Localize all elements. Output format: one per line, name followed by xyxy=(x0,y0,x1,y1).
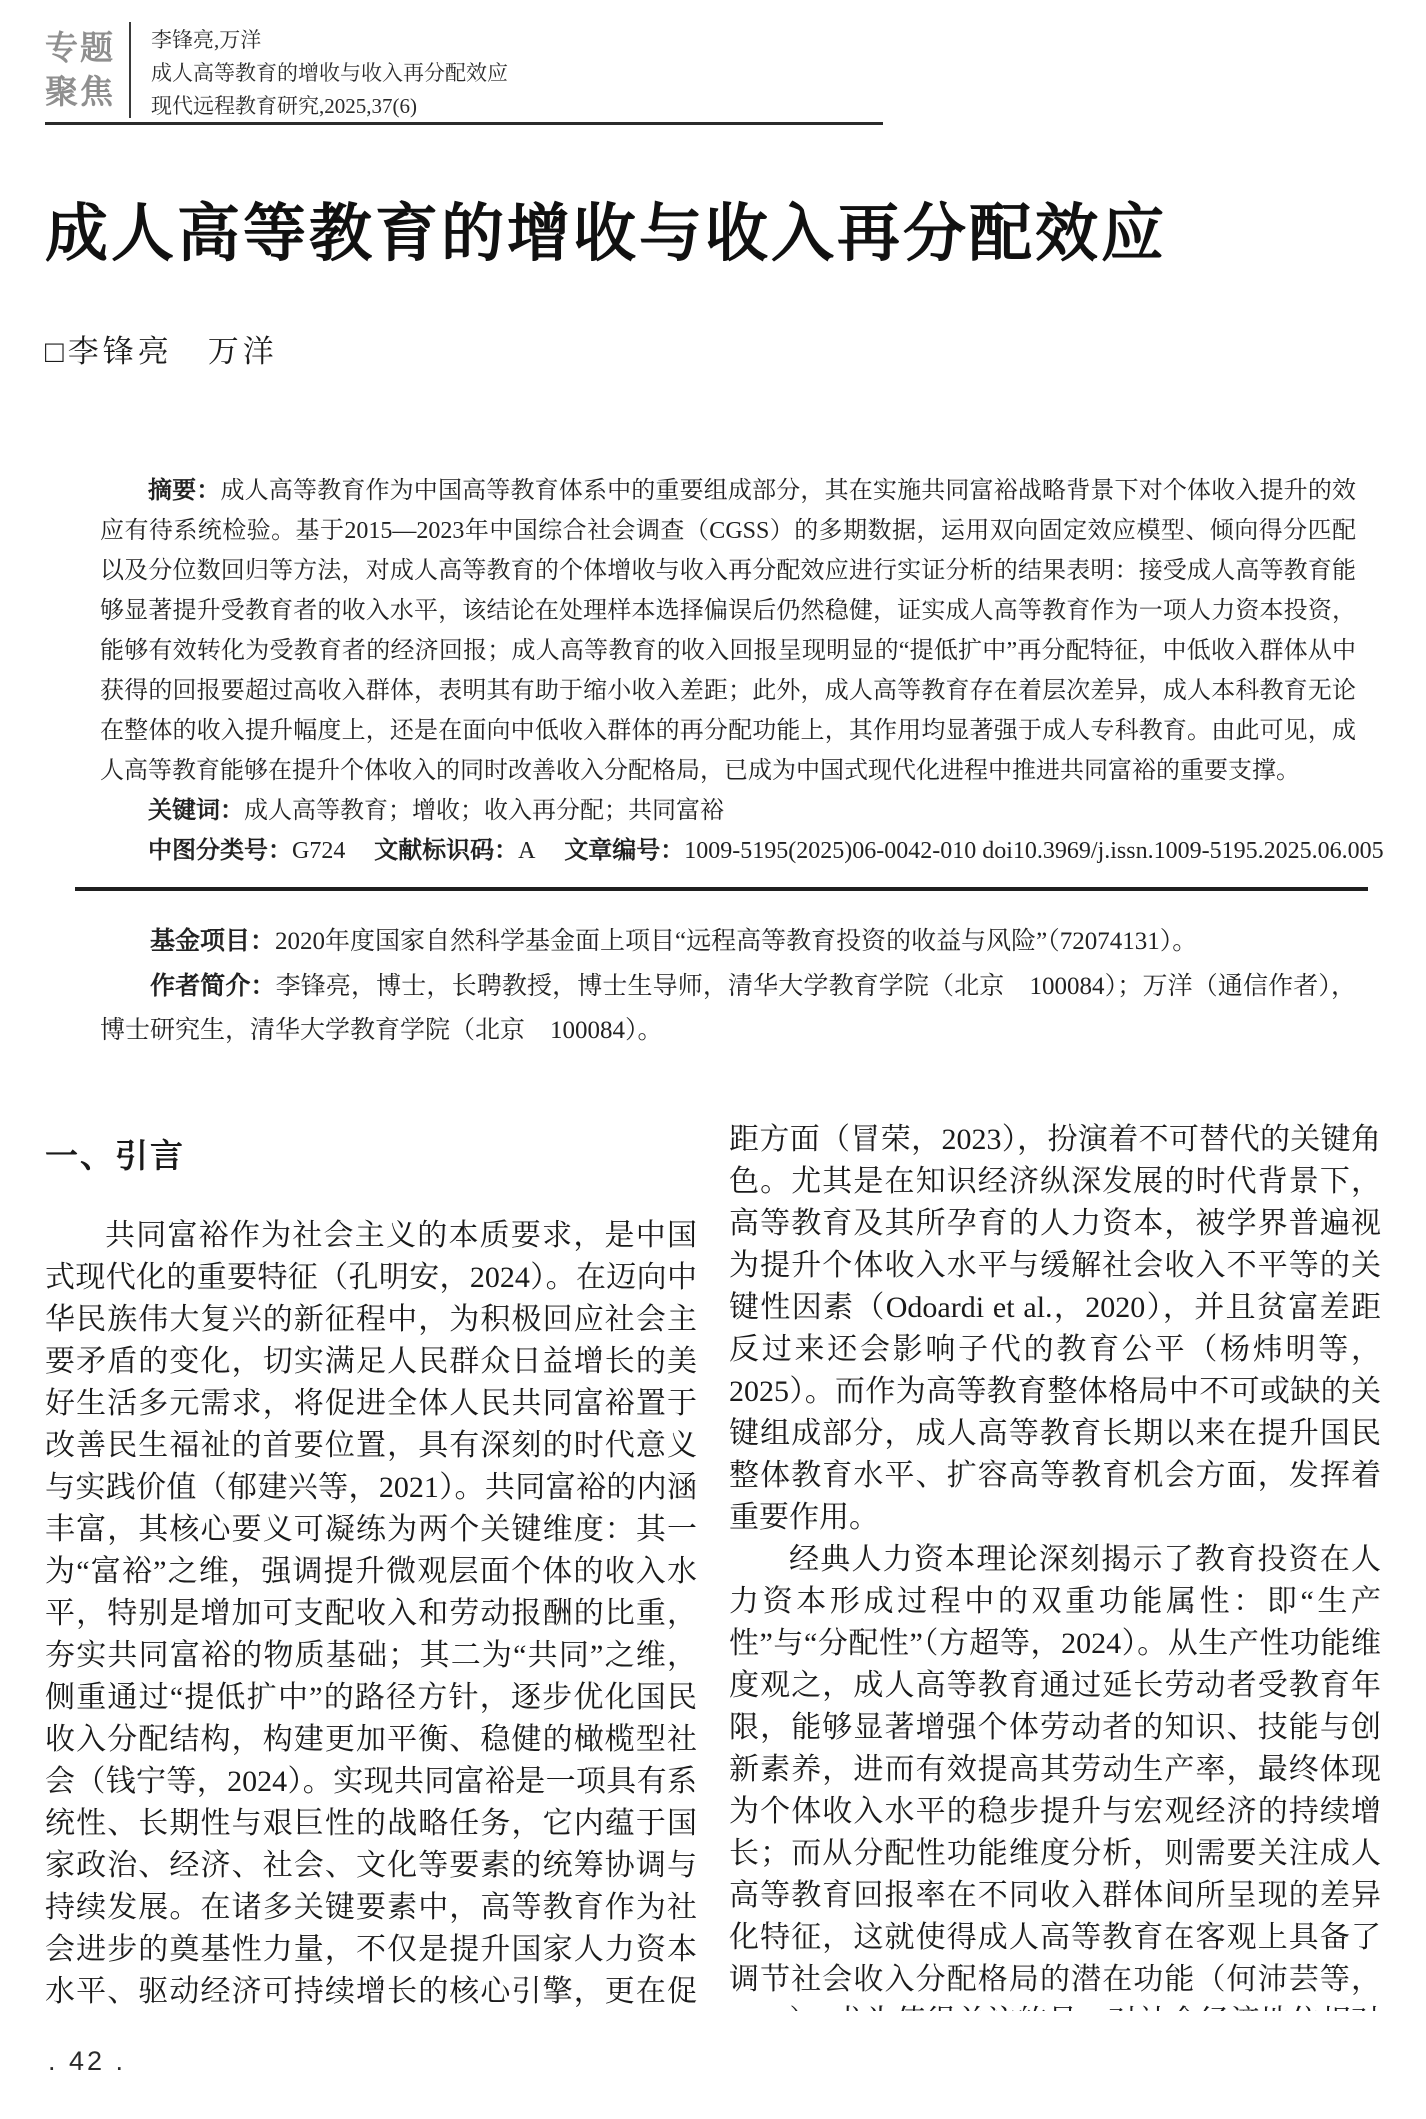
page-number: . 42 . xyxy=(48,2046,126,2077)
running-header: 专题 聚焦 李锋亮,万洋 成人高等教育的增收与收入再分配效应 现代远程教育研究,… xyxy=(45,22,1381,118)
keywords-text: 成人高等教育；增收；收入再分配；共同富裕 xyxy=(244,798,724,824)
header-vertical-divider xyxy=(129,22,131,118)
author-bio-text: 李锋亮，博士，长聘教授，博士生导师，清华大学教育学院（北京 100084）；万洋… xyxy=(100,973,1356,1044)
abstract-label: 摘要： xyxy=(148,477,221,504)
article-id-value: 1009-5195(2025)06-0042-010 doi10.3969/j.… xyxy=(684,838,1383,864)
abstract-bottom-rule xyxy=(75,887,1368,891)
body-paragraph-continuation: 距方面（冒荣，2023），扮演着不可替代的关键角色。尤其是在知识经济纵深发展的时… xyxy=(729,1119,1381,1539)
article-body: 一、引言 共同富裕作为社会主义的本质要求，是中国式现代化的重要特征（孔明安，20… xyxy=(45,1119,1381,2011)
author-bio-line: 作者简介：李锋亮，博士，长聘教授，博士生导师，清华大学教育学院（北京 10008… xyxy=(100,964,1356,1053)
body-paragraph: 经典人力资本理论深刻揭示了教育投资在人力资本形成过程中的双重功能属性：即“生产性… xyxy=(729,1539,1381,2011)
header-citation-block: 李锋亮,万洋 成人高等教育的增收与收入再分配效应 现代远程教育研究,2025,3… xyxy=(151,22,508,118)
abstract-paragraph: 摘要：成人高等教育作为中国高等教育体系中的重要组成部分，其在实施共同富裕战略背景… xyxy=(100,471,1356,791)
clc-label: 中图分类号： xyxy=(148,837,292,864)
journal-page: 专题 聚焦 李锋亮,万洋 成人高等教育的增收与收入再分配效应 现代远程教育研究,… xyxy=(0,0,1426,2119)
journal-citation: 现代远程教育研究,2025,37(6) xyxy=(151,90,508,123)
funding-text: 2020年度国家自然科学基金面上项目“远程高等教育投资的收益与风险”（72074… xyxy=(275,928,1197,955)
running-authors: 李锋亮,万洋 xyxy=(151,24,508,57)
topic-label-line1: 专题 xyxy=(45,26,117,70)
topic-label-line2: 聚焦 xyxy=(45,70,117,114)
abstract-text: 成人高等教育作为中国高等教育体系中的重要组成部分，其在实施共同富裕战略背景下对个… xyxy=(100,478,1356,784)
funding-line: 基金项目：2020年度国家自然科学基金面上项目“远程高等教育投资的收益与风险”（… xyxy=(100,919,1356,964)
funding-label: 基金项目： xyxy=(150,927,275,955)
left-column: 一、引言 共同富裕作为社会主义的本质要求，是中国式现代化的重要特征（孔明安，20… xyxy=(45,1119,697,2011)
running-title: 成人高等教育的增收与收入再分配效应 xyxy=(151,57,508,90)
column-topic-label: 专题 聚焦 xyxy=(45,26,117,114)
clc-value: G724 xyxy=(292,838,345,864)
body-paragraph: 共同富裕作为社会主义的本质要求，是中国式现代化的重要特征（孔明安，2024）。在… xyxy=(45,1215,697,2011)
classification-line: 中图分类号：G724文献标识码：A文章编号：1009-5195(2025)06-… xyxy=(100,831,1356,871)
author-bio-label: 作者简介： xyxy=(150,972,276,1000)
article-title: 成人高等教育的增收与收入再分配效应 xyxy=(45,183,1381,274)
author-byline: □李锋亮 万洋 xyxy=(45,326,1381,371)
abstract-block: 摘要：成人高等教育作为中国高等教育体系中的重要组成部分，其在实施共同富裕战略背景… xyxy=(100,471,1356,871)
doc-code-label: 文献标识码： xyxy=(374,837,518,864)
right-column: 距方面（冒荣，2023），扮演着不可替代的关键角色。尤其是在知识经济纵深发展的时… xyxy=(729,1119,1381,2011)
doc-code-value: A xyxy=(518,838,535,864)
keywords-line: 关键词：成人高等教育；增收；收入再分配；共同富裕 xyxy=(100,791,1356,831)
keywords-label: 关键词： xyxy=(148,797,244,824)
article-id-label: 文章编号： xyxy=(564,837,684,864)
funding-bio-block: 基金项目：2020年度国家自然科学基金面上项目“远程高等教育投资的收益与风险”（… xyxy=(100,919,1356,1053)
section-heading-introduction: 一、引言 xyxy=(45,1135,697,1177)
